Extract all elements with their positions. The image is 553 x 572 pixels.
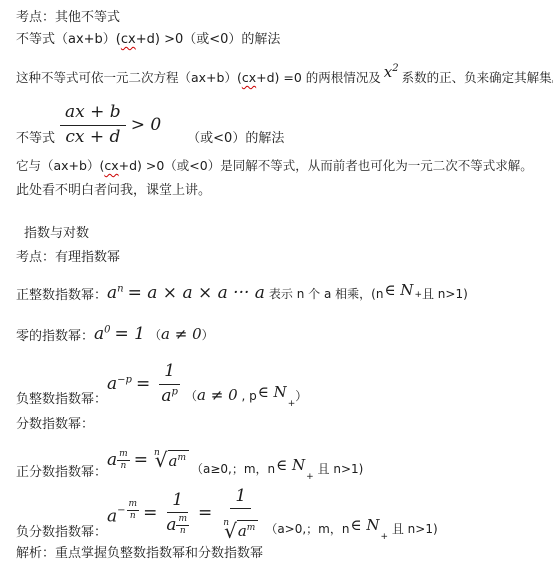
fraction-denominator: ap bbox=[161, 385, 178, 407]
exp-numerator: m bbox=[127, 499, 140, 511]
paren-close: ） bbox=[295, 389, 307, 403]
exp-numerator: m bbox=[176, 514, 189, 526]
quotient-inequality-line: 不等式 ax + b cx + d > 0 （或<0）的解法 bbox=[16, 102, 551, 148]
power-exponent: −p bbox=[117, 374, 132, 385]
condition-a: a ≠ 0 bbox=[197, 386, 238, 404]
set-subscript-plus: + bbox=[306, 472, 314, 482]
zero-condition: a ≠ 0 bbox=[161, 325, 202, 343]
pos-int-rhs: = a × a × a ··· a bbox=[128, 283, 265, 303]
in-set-N: ∈ N bbox=[384, 281, 413, 299]
stacked-exponent: −mn bbox=[117, 499, 139, 522]
set-subscript-plus: + bbox=[288, 399, 296, 409]
equals-sign: = bbox=[134, 450, 148, 470]
neg-int-condition: （a ≠ 0 , p∈ N+） bbox=[185, 386, 307, 409]
paren-close: ） bbox=[202, 326, 214, 343]
radicand-exponent: m bbox=[247, 523, 256, 533]
document-page: 考点：其他不等式 不等式（ax+b）(cx+d) >0（或<0）的解法 这种不等… bbox=[0, 0, 553, 572]
spellcheck-underlined-cx: cx bbox=[104, 158, 118, 173]
neg-int-label: 负整数指数幂： bbox=[16, 388, 107, 409]
set-subscript-plus: + bbox=[414, 290, 422, 300]
pos-int-note-post: 且 n>1) bbox=[422, 285, 468, 302]
radicand-base: a bbox=[238, 522, 247, 540]
x-squared-term: x2 bbox=[384, 63, 399, 81]
paren-open: （ bbox=[149, 326, 161, 343]
pos-int-note-pre: 表示 n 个 a 相乘，(n bbox=[269, 285, 384, 302]
fraction-numerator: ax + b bbox=[60, 102, 126, 125]
fraction: ax + b cx + d bbox=[60, 102, 126, 148]
root-index: n bbox=[223, 518, 229, 529]
spellcheck-underlined-cx: cx bbox=[121, 32, 136, 47]
radicand-exponent: m bbox=[177, 453, 186, 463]
radicand: am bbox=[237, 520, 259, 541]
power-a-negmn: a−mn bbox=[107, 499, 139, 526]
zero-exponent-line: 零的指数幂： a0 = 1 （ a ≠ 0 ） bbox=[16, 321, 551, 347]
radicand: am bbox=[168, 450, 190, 470]
explanation-post: 系数的正、负来确定其解集。 bbox=[402, 70, 553, 85]
exp-denominator: n bbox=[121, 461, 127, 472]
fraction-numerator: 1 bbox=[167, 490, 188, 513]
quotient-post: （或<0）的解法 bbox=[187, 127, 284, 148]
positive-fraction-exponent-line: 正分数指数幂： amn = n√am （a≥0,；m，n∈ N+ 且 n>1) bbox=[16, 438, 551, 482]
remark-line: 此处看不明白者问我，课堂上讲。 bbox=[16, 181, 551, 200]
exp-denominator: n bbox=[180, 526, 186, 537]
kaodian-inequality-line: 考点：其他不等式 bbox=[16, 8, 551, 27]
den-base: a bbox=[166, 515, 176, 535]
in-set-N: ∈ N bbox=[258, 383, 287, 401]
power-base: a bbox=[107, 374, 117, 394]
minus-sign: − bbox=[117, 506, 125, 516]
analysis-line: 解析：重点掌握负整数指数幂和分数指数幂 bbox=[16, 544, 551, 563]
power-exponent: 0 bbox=[104, 324, 110, 335]
power-a-n: an bbox=[107, 283, 124, 303]
power-base: a bbox=[107, 283, 117, 303]
power-a-mn: amn bbox=[107, 449, 130, 472]
x-exponent: 2 bbox=[392, 63, 398, 74]
fraction-numerator: 1 bbox=[159, 361, 180, 384]
same-solution-post: +d) >0（或<0）是同解不等式，从而前者也可化为一元二次不等式求解。 bbox=[119, 158, 533, 173]
explanation-mid: +d) =0 的两根情况及 bbox=[256, 70, 381, 85]
stacked-exponent: mn bbox=[176, 514, 189, 537]
fraction-denominator: cx + d bbox=[65, 126, 120, 148]
power-base: a bbox=[107, 450, 117, 470]
condition-post: 且 n>1) bbox=[314, 462, 364, 476]
pos-frac-label: 正分数指数幂： bbox=[16, 461, 107, 482]
neg-frac-label: 负分数指数幂： bbox=[16, 521, 107, 542]
product-inequality-line: 不等式（ax+b）(cx+d) >0（或<0）的解法 bbox=[16, 30, 551, 49]
fraction-denominator: n√am bbox=[221, 509, 260, 541]
nth-root: n√am bbox=[223, 520, 258, 541]
set-subscript-plus: + bbox=[380, 532, 388, 542]
quotient-relation: > 0 bbox=[131, 115, 161, 135]
power-base: a bbox=[94, 324, 104, 344]
in-set-N: ∈ N bbox=[276, 456, 305, 474]
quotient-pre: 不等式 bbox=[16, 127, 55, 148]
power-base: a bbox=[107, 507, 117, 527]
power-a-negp: a−p bbox=[107, 374, 132, 394]
fraction-exponent-heading: 分数指数幂： bbox=[16, 415, 551, 434]
reciprocal-root-fraction: 1 n√am bbox=[221, 486, 260, 541]
stacked-exponent: mn bbox=[117, 449, 130, 472]
same-solution-pre: 它与（ax+b）( bbox=[16, 158, 104, 173]
condition-post: 且 n>1) bbox=[388, 522, 438, 536]
reciprocal-fraction: 1 ap bbox=[159, 361, 180, 407]
condition-sep: , p bbox=[238, 389, 257, 403]
exp-numerator: m bbox=[117, 449, 130, 461]
in-set-N: ∈ N bbox=[350, 516, 379, 534]
nth-root: n√am bbox=[154, 450, 189, 470]
reciprocal-fraction: 1 amn bbox=[166, 490, 189, 537]
neg-frac-condition: （a>0,；m，n∈ N+ 且 n>1) bbox=[265, 519, 437, 542]
spellcheck-underlined-cx: cx bbox=[242, 70, 256, 85]
den-base: a bbox=[161, 386, 171, 406]
power-exponent: n bbox=[117, 283, 123, 294]
explanation-line: 这种不等式可依一元二次方程（ax+b）(cx+d) =0 的两根情况及x2系数的… bbox=[16, 62, 551, 90]
root-index: n bbox=[154, 448, 160, 458]
paren-open: （ bbox=[185, 389, 197, 403]
section-title-exponents-logs: 指数与对数 bbox=[24, 224, 551, 243]
kaodian-exponent-line: 考点：有理指数幂 bbox=[16, 248, 551, 267]
pos-int-label: 正整数指数幂： bbox=[16, 284, 107, 303]
product-pre: 不等式（ax+b）( bbox=[16, 32, 121, 47]
equals-sign: = bbox=[198, 503, 212, 523]
negative-fraction-exponent-line: 负分数指数幂： a−mn = 1 amn = 1 n√am （a>0,；m，n∈… bbox=[16, 484, 551, 542]
condition-pre: （a≥0,；m，n bbox=[191, 462, 275, 476]
equals-sign: = bbox=[143, 503, 157, 523]
condition-pre: （a>0,；m，n bbox=[265, 522, 349, 536]
den-exponent: p bbox=[171, 386, 177, 397]
explanation-pre: 这种不等式可依一元二次方程（ax+b）( bbox=[16, 70, 242, 85]
x-base: x bbox=[384, 63, 392, 81]
positive-integer-exponent-line: 正整数指数幂： an = a × a × a ··· a 表示 n 个 a 相乘… bbox=[16, 279, 551, 307]
zero-label: 零的指数幂： bbox=[16, 325, 94, 344]
negative-integer-exponent-line: 负整数指数幂： a−p = 1 ap （a ≠ 0 , p∈ N+） bbox=[16, 359, 551, 409]
pos-frac-condition: （a≥0,；m，n∈ N+ 且 n>1) bbox=[191, 459, 363, 482]
zero-rhs: = 1 bbox=[115, 324, 145, 344]
fraction-denominator: amn bbox=[166, 513, 189, 537]
power-a-0: a0 bbox=[94, 324, 111, 344]
equals-sign: = bbox=[136, 374, 150, 394]
same-solution-line: 它与（ax+b）(cx+d) >0（或<0）是同解不等式，从而前者也可化为一元二… bbox=[16, 156, 551, 175]
fraction-numerator: 1 bbox=[230, 486, 251, 509]
exp-denominator: n bbox=[130, 511, 136, 522]
product-post: +d) >0（或<0）的解法 bbox=[136, 32, 281, 47]
